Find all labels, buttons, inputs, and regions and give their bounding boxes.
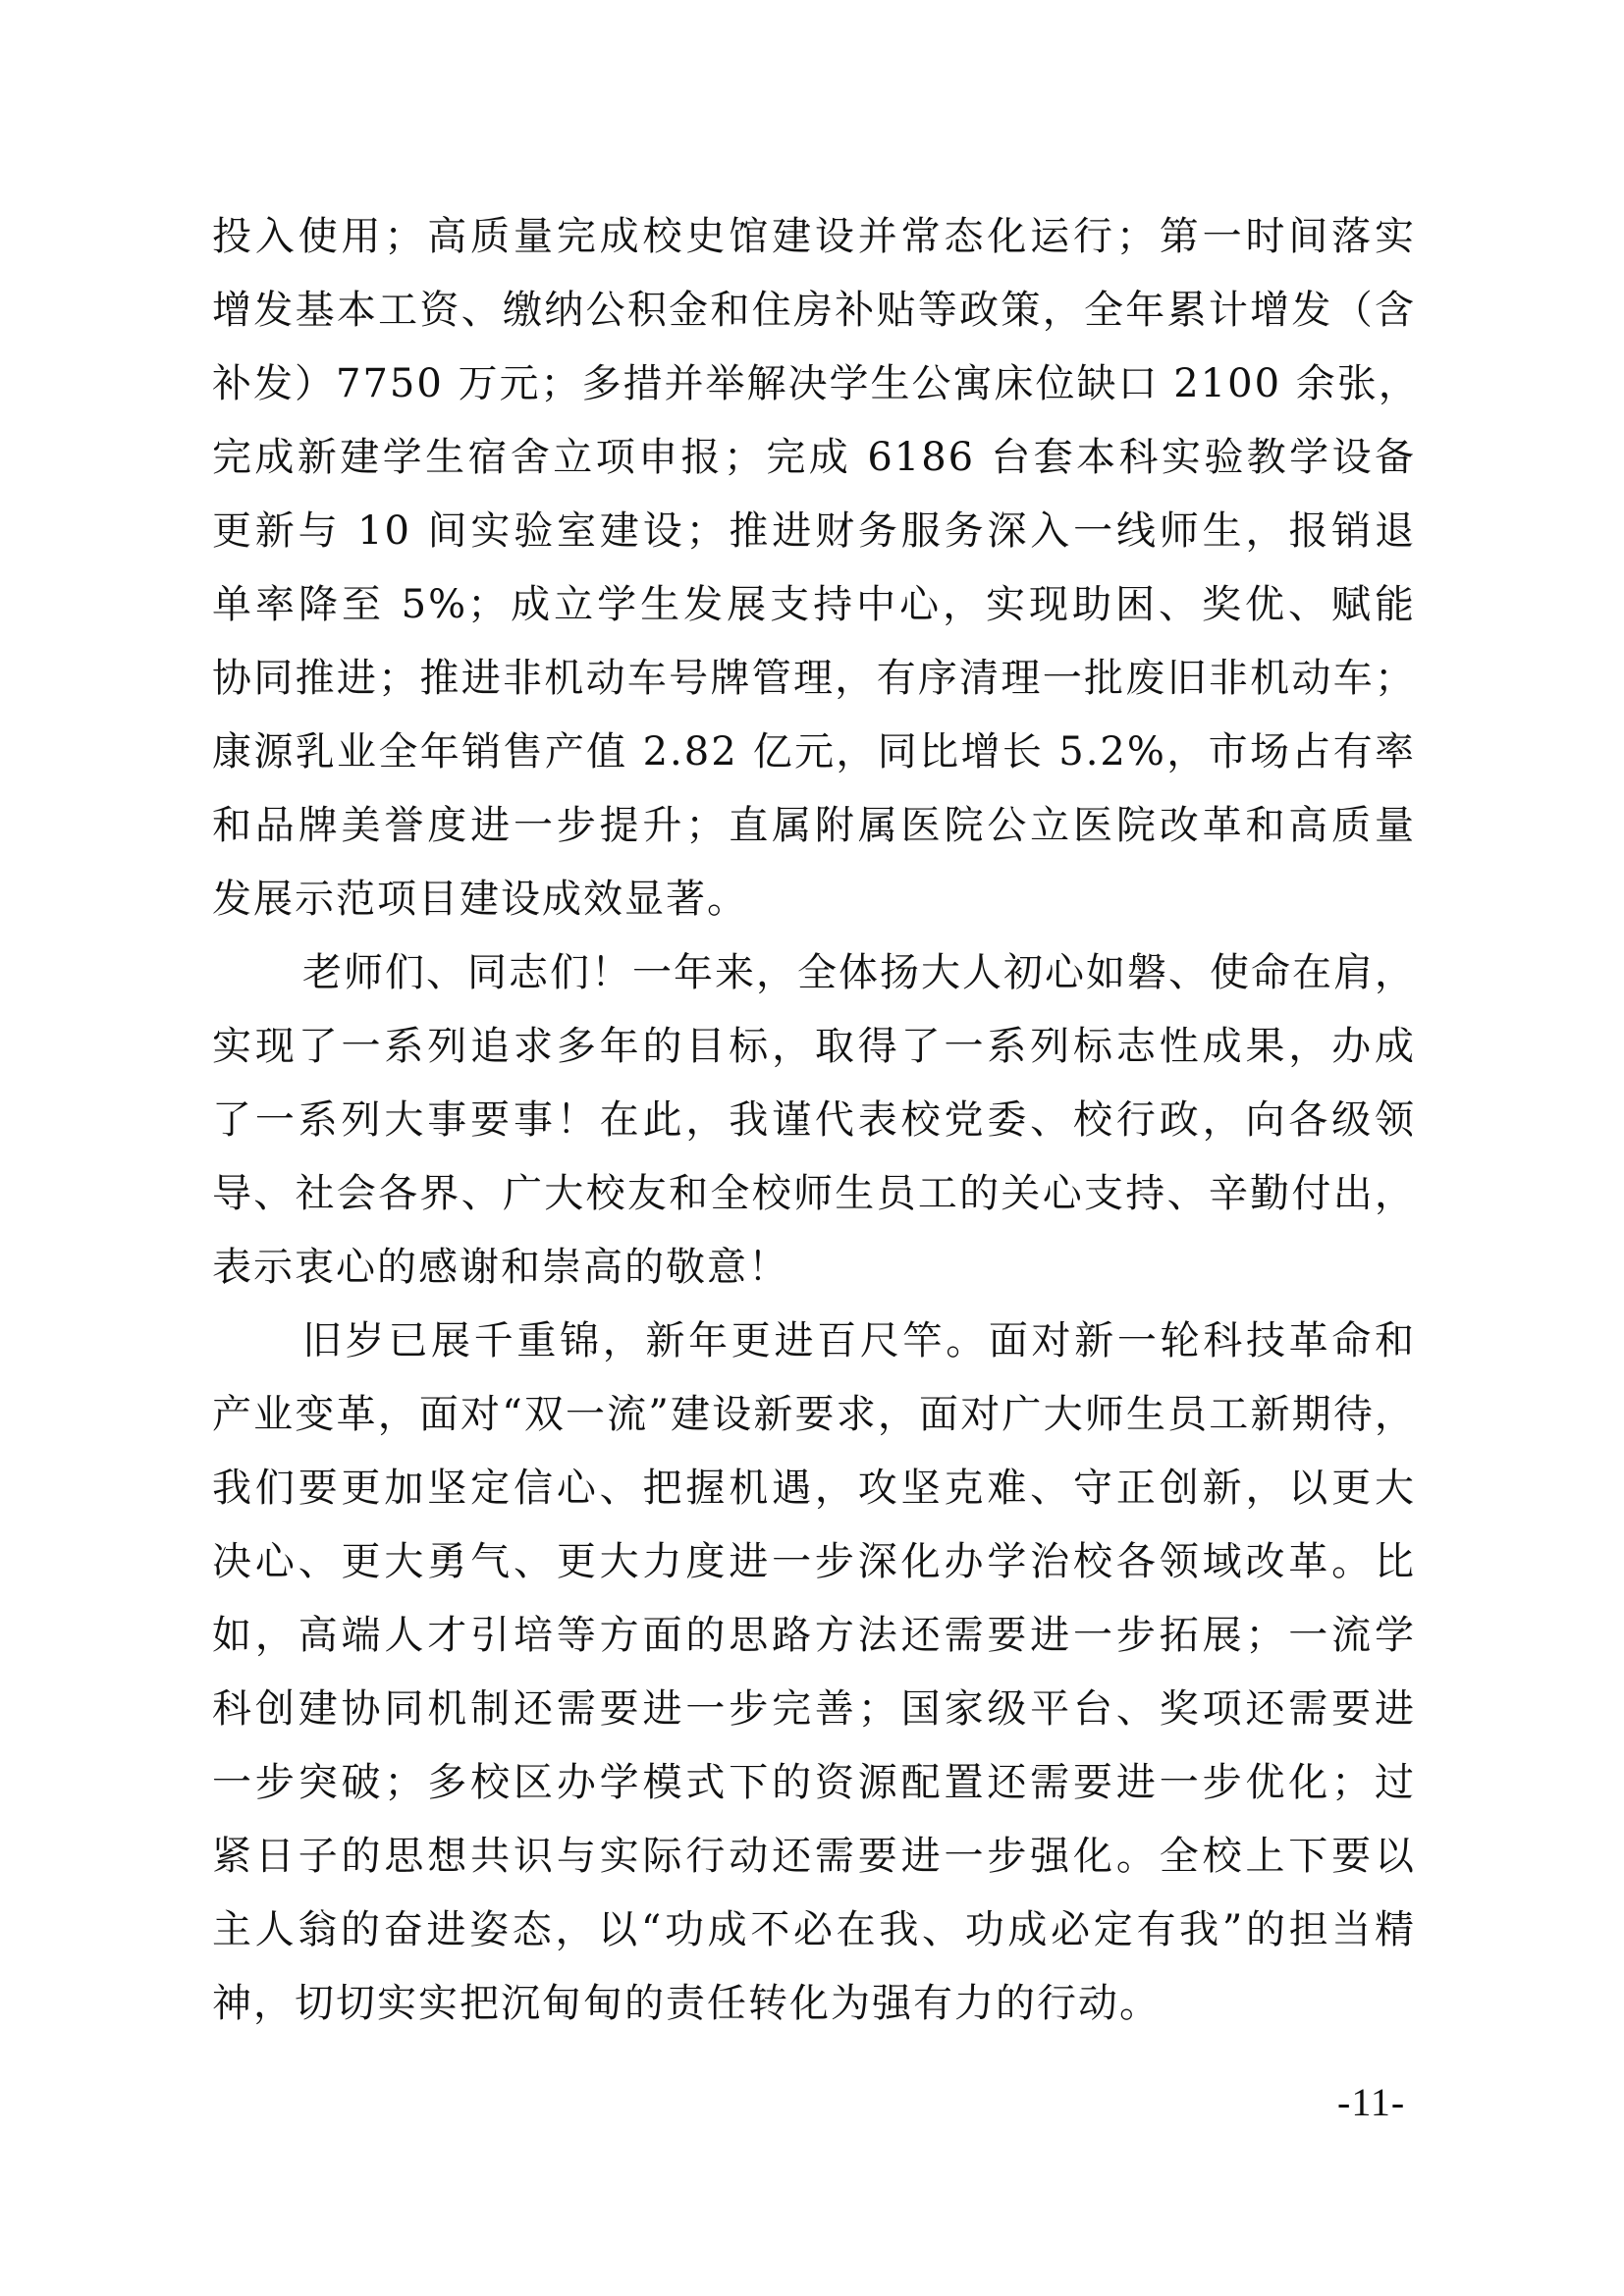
text-line: 了一系列大事要事！在此，我谨代表校党委、校行政，向各级领 xyxy=(212,1084,1416,1157)
text-line: 主人翁的奋进姿态，以“功成不必在我、功成必定有我”的担当精 xyxy=(212,1894,1416,1967)
text-line: 神，切切实实把沉甸甸的责任转化为强有力的行动。 xyxy=(212,1967,1416,2041)
text-line: 导、社会各界、广大校友和全校师生员工的关心支持、辛勤付出， xyxy=(212,1157,1416,1231)
text-line: 决心、更大勇气、更大力度进一步深化办学治校各领域改革。比 xyxy=(212,1525,1416,1599)
text-line: 表示衷心的感谢和崇高的敬意！ xyxy=(212,1231,1416,1305)
text-line: 旧岁已展千重锦，新年更进百尺竿。面对新一轮科技革命和 xyxy=(212,1305,1416,1378)
text-line: 单率降至 5%；成立学生发展支持中心，实现助困、奖优、赋能 xyxy=(212,568,1416,642)
paragraph: 投入使用；高质量完成校史馆建设并常态化运行；第一时间落实 增发基本工资、缴纳公积… xyxy=(212,200,1416,936)
text-line: 我们要更加坚定信心、把握机遇，攻坚克难、守正创新，以更大 xyxy=(212,1452,1416,1525)
text-line: 补发）7750 万元；多措并举解决学生公寓床位缺口 2100 余张， xyxy=(212,347,1416,421)
document-page: 投入使用；高质量完成校史馆建设并常态化运行；第一时间落实 增发基本工资、缴纳公积… xyxy=(0,0,1624,2296)
text-line: 投入使用；高质量完成校史馆建设并常态化运行；第一时间落实 xyxy=(212,200,1416,274)
text-line: 完成新建学生宿舍立项申报；完成 6186 台套本科实验教学设备 xyxy=(212,421,1416,495)
text-line: 发展示范项目建设成效显著。 xyxy=(212,863,1416,936)
text-line: 科创建协同机制还需要进一步完善；国家级平台、奖项还需要进 xyxy=(212,1673,1416,1746)
text-line: 一步突破；多校区办学模式下的资源配置还需要进一步优化；过 xyxy=(212,1746,1416,1820)
text-line: 实现了一系列追求多年的目标，取得了一系列标志性成果，办成 xyxy=(212,1010,1416,1084)
text-line: 协同推进；推进非机动车号牌管理，有序清理一批废旧非机动车； xyxy=(212,642,1416,716)
text-line: 如，高端人才引培等方面的思路方法还需要进一步拓展；一流学 xyxy=(212,1599,1416,1673)
text-line: 老师们、同志们！一年来，全体扬大人初心如磐、使命在肩， xyxy=(212,936,1416,1010)
page-number: -11- xyxy=(1337,2079,1405,2125)
text-line: 增发基本工资、缴纳公积金和住房补贴等政策，全年累计增发（含 xyxy=(212,274,1416,347)
text-line: 产业变革，面对“双一流”建设新要求，面对广大师生员工新期待， xyxy=(212,1378,1416,1452)
text-line: 紧日子的思想共识与实际行动还需要进一步强化。全校上下要以 xyxy=(212,1820,1416,1894)
text-line: 康源乳业全年销售产值 2.82 亿元，同比增长 5.2%，市场占有率 xyxy=(212,716,1416,789)
body-text: 投入使用；高质量完成校史馆建设并常态化运行；第一时间落实 增发基本工资、缴纳公积… xyxy=(212,200,1416,2041)
text-line: 更新与 10 间实验室建设；推进财务服务深入一线师生，报销退 xyxy=(212,495,1416,568)
paragraph: 老师们、同志们！一年来，全体扬大人初心如磐、使命在肩， 实现了一系列追求多年的目… xyxy=(212,936,1416,1305)
paragraph: 旧岁已展千重锦，新年更进百尺竿。面对新一轮科技革命和 产业变革，面对“双一流”建… xyxy=(212,1305,1416,2041)
text-line: 和品牌美誉度进一步提升；直属附属医院公立医院改革和高质量 xyxy=(212,789,1416,863)
